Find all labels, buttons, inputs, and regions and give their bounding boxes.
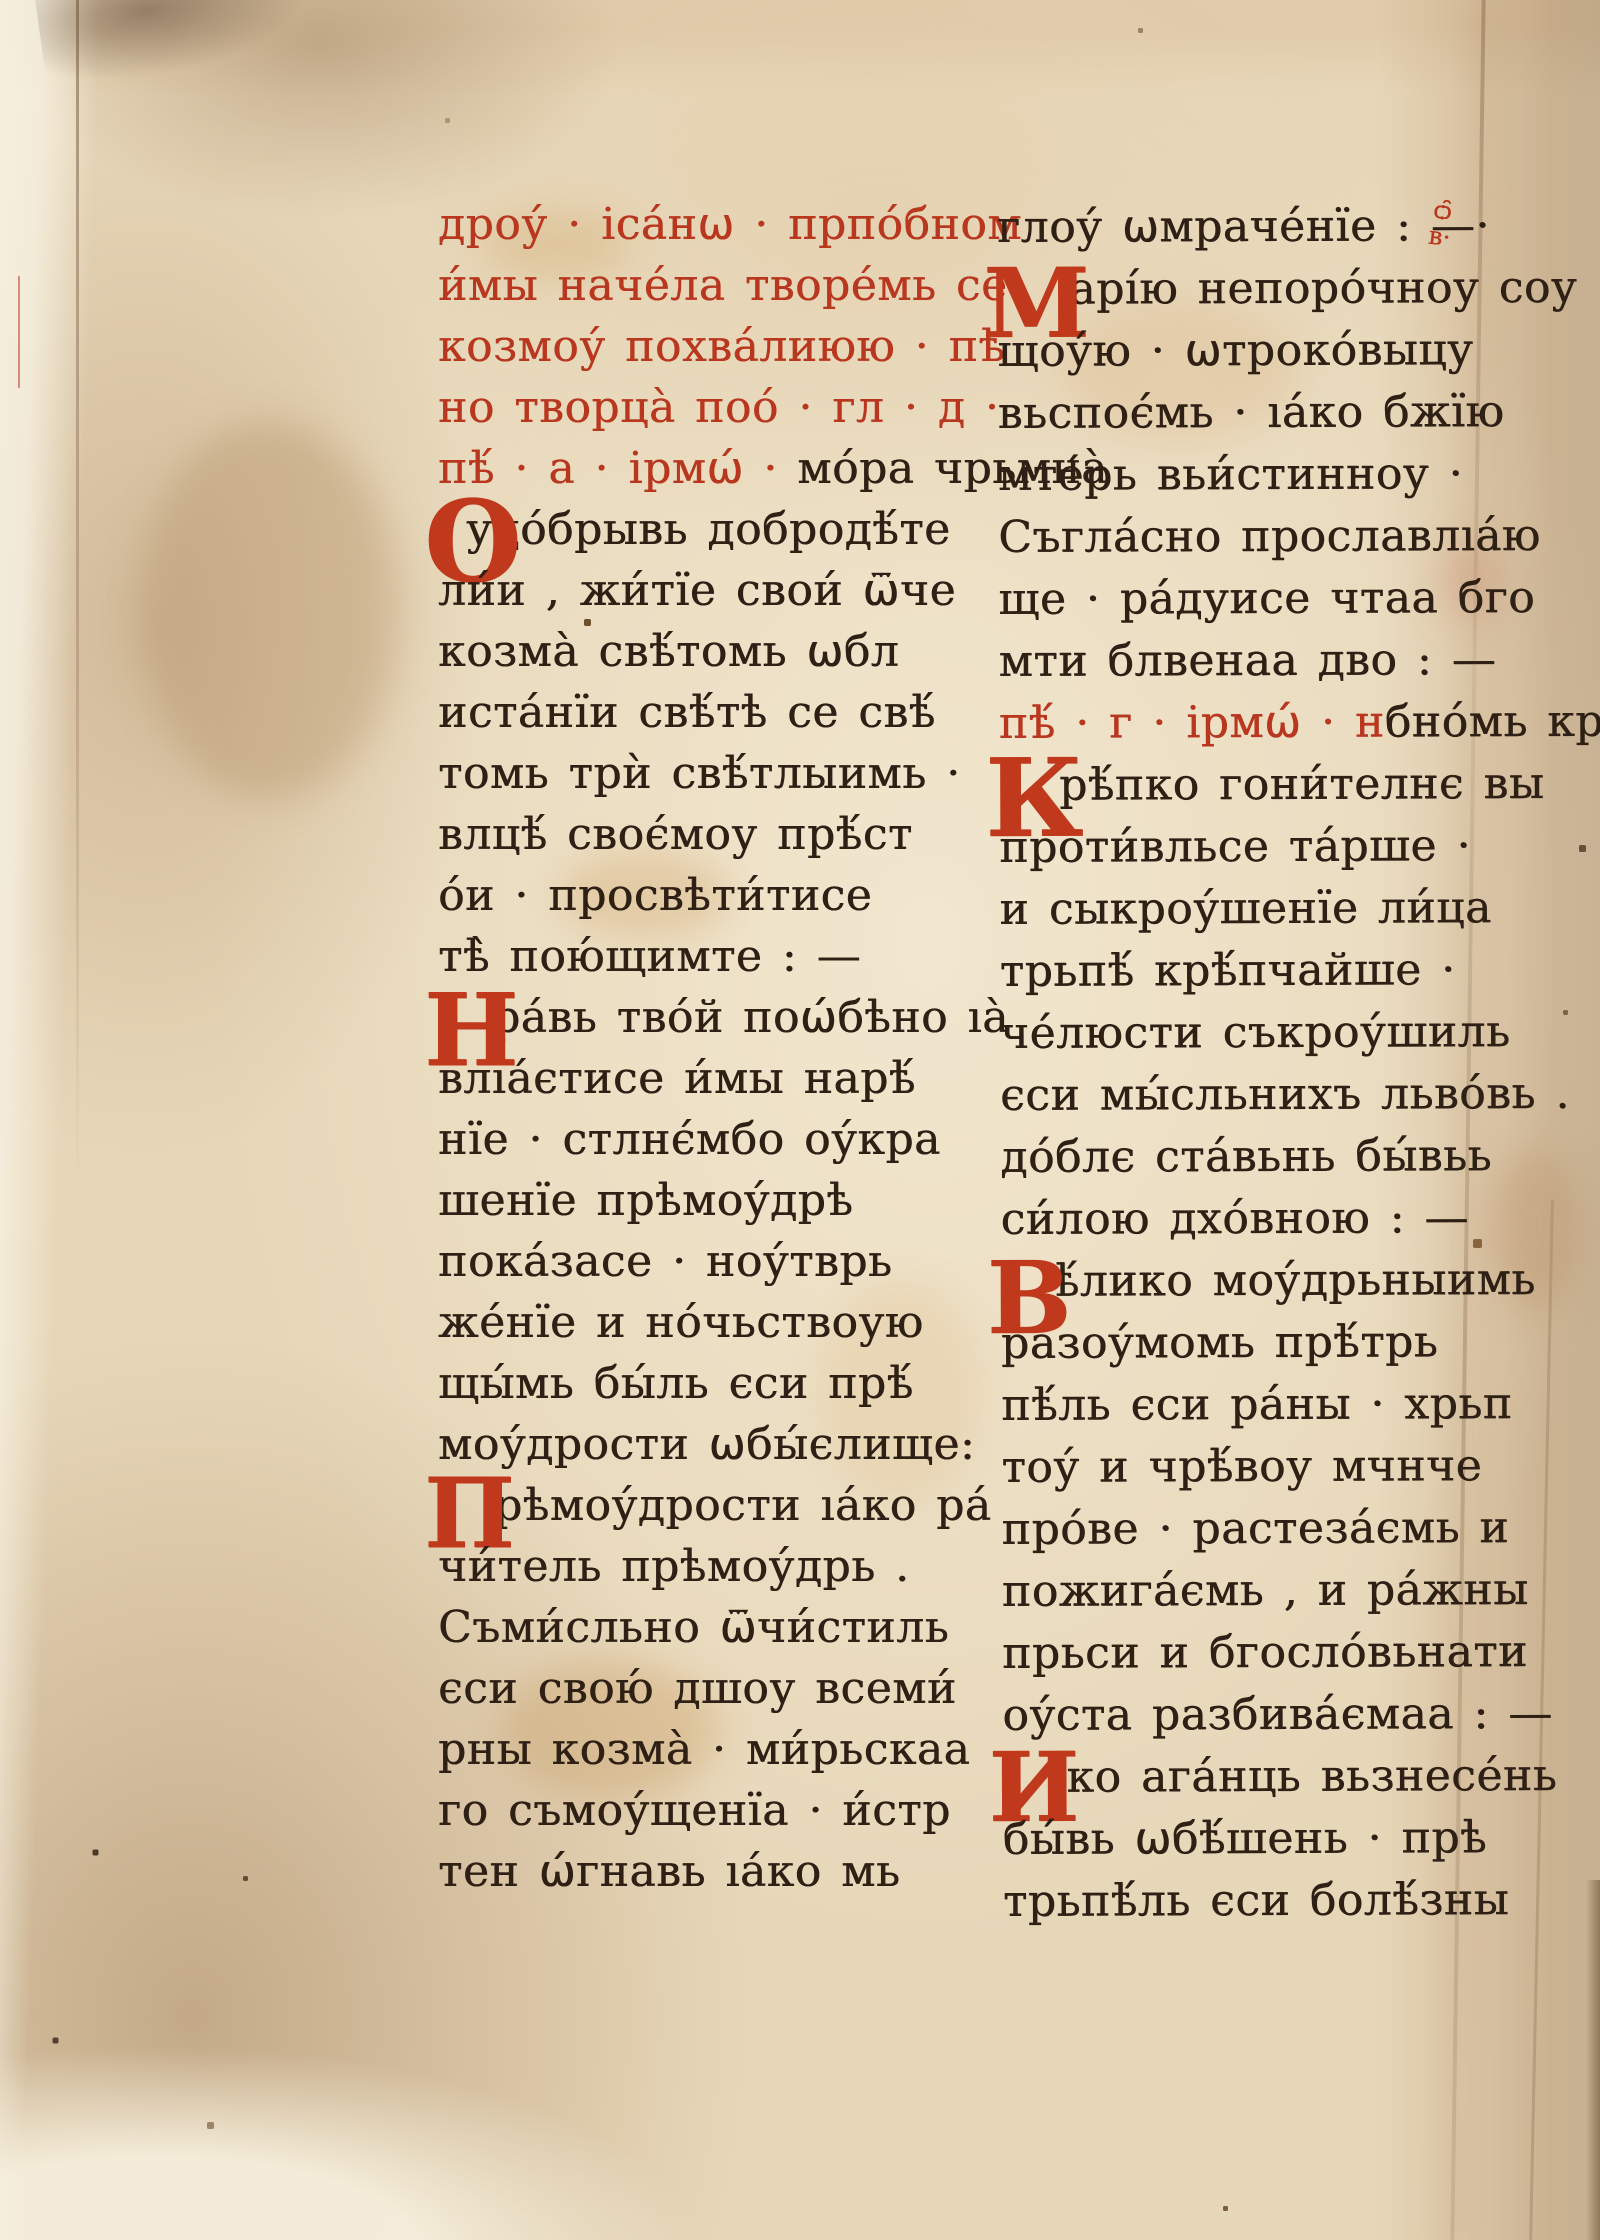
text-line: трьпѣ́ль єси болѣ́зны <box>1003 1869 1488 1933</box>
text-line: козмоу́ похва́лиюю · пѣ <box>438 316 943 377</box>
text-line: тоу́ и чрѣ́воу мчнче <box>1001 1435 1486 1499</box>
left-edge-crease <box>76 0 79 1200</box>
right-edge-shadow <box>1586 1880 1600 2240</box>
ink-text: до́блє ста́вьнь бы́вьь <box>1000 1130 1492 1183</box>
text-line: мте́рь вьи́стинноу · <box>998 443 1483 507</box>
ink-text: глоу́ ѡмраче́нїе : —· <box>997 200 1490 253</box>
ink-text: ко ага́нць вьзнесе́нь <box>1066 1750 1557 1803</box>
ink-text: єси свою́ дшоу всеми́ <box>438 1663 957 1714</box>
text-line: Оудо́брывь добродѣ́те <box>438 499 943 560</box>
ink-text: ѣ́лико моу́дрьныимь <box>1053 1254 1536 1307</box>
rubric-text: дроу́ · іса́нѡ · прпо́бном <box>438 199 1022 250</box>
ink-text: трьпѣ́ крѣ́пчайше · <box>1000 944 1456 997</box>
ink-text: вьспоє́мь · ıа́ко бжїю <box>998 386 1505 439</box>
red-edge-mark <box>18 276 20 388</box>
ink-text: ра́вь тво́й поѡ́бѣно ıа̀ <box>492 992 1009 1043</box>
ink-text: козма̀ свѣ́томь ѡбл <box>438 626 899 677</box>
ink-text: рны козма̀ · ми́рьскаа <box>438 1724 970 1775</box>
text-line: томь трѝ свѣ́тлыимь · <box>438 743 943 804</box>
text-line: дроу́ · іса́нѡ · прпо́бном <box>438 194 943 255</box>
ink-text: нїе · стлнє́мбо оу́кра <box>438 1114 941 1165</box>
text-line: мти блвенаа дво : — <box>998 629 1483 693</box>
ink-text: оу́ста разбива́ємаа : — <box>1002 1688 1553 1741</box>
ink-text: влцѣ́ своє́моу прѣ́ст <box>438 809 913 860</box>
text-line: трьпѣ́ крѣ́пчайше · <box>1000 939 1485 1003</box>
text-line: до́блє ста́вьнь бы́вьь <box>1000 1125 1485 1189</box>
text-line: Крѣ́пко гони́телнє вы <box>999 753 1484 817</box>
text-line: же́нїе и но́чьствоую <box>438 1292 943 1353</box>
text-line: проти́вльсе та́рше · <box>999 815 1484 879</box>
ink-text: мте́рь вьи́стинноу · <box>998 448 1463 501</box>
margin-annotation-bottom: в· <box>1427 223 1452 251</box>
text-line: пожига́ємь , и ра́жны <box>1002 1559 1487 1623</box>
ink-text: трьпѣ́ль єси болѣ́зны <box>1003 1874 1509 1927</box>
ink-text: пѣ́ль єси ра́ны · хрьп <box>1001 1378 1513 1431</box>
text-line: єси свою́ дшоу всеми́ <box>438 1658 943 1719</box>
text-line: си́лою дхо́вною : — <box>1000 1187 1485 1251</box>
text-line: щоу́ю · ѡтроко́выцу <box>997 319 1482 383</box>
text-line: тен ѡ́гнавь ıа́ко мь <box>438 1841 943 1902</box>
text-line: но творца̀ поо́ · гл · д · <box>438 377 943 438</box>
text-line: чи́тель прѣмоу́дрь . <box>438 1536 943 1597</box>
ink-text: томь трѝ свѣ́тлыимь · <box>438 748 961 799</box>
text-line: вьспоє́мь · ıа́ко бжїю <box>998 381 1483 445</box>
ink-text: моу́дрости ѡбы́єлище: <box>438 1419 975 1470</box>
ink-text: чи́тель прѣмоу́дрь . <box>438 1541 910 1592</box>
text-line: ли́и , жи́тїе свои́ ѿче <box>438 560 943 621</box>
manuscript-photo: дроу́ · іса́нѡ · прпо́бноми́мы наче́ла т… <box>0 0 1600 2240</box>
text-line: щы́мь бы́ль єси прѣ́ <box>438 1353 943 1414</box>
text-line: Прѣмоу́дрости ıа́ко ра́ <box>438 1475 943 1536</box>
paper-specks <box>0 0 1 1</box>
rubric-text: и́мы наче́ла творе́мь се <box>438 260 1008 311</box>
ink-text: удо́брывь добродѣ́те <box>466 504 951 555</box>
ink-text: си́лою дхо́вною : — <box>1000 1192 1468 1245</box>
ink-text: проти́вльсе та́рше · <box>999 820 1471 873</box>
text-line: козма̀ свѣ́томь ѡбл <box>438 621 943 682</box>
ink-text: єси мы́сльнихъ льво́вь . <box>1000 1068 1570 1121</box>
ink-text: Съгла́сно прославлıа́ю <box>998 510 1541 563</box>
text-line: влıа́єтисе и́мы нарѣ́ <box>438 1048 943 1109</box>
ink-text: ще · ра́дуисе чтаа бго <box>998 572 1535 625</box>
text-line: пока́засе · ноу́тврь <box>438 1231 943 1292</box>
text-column-left: дроу́ · іса́нѡ · прпо́бноми́мы наче́ла т… <box>438 194 943 1902</box>
ink-text: рѣмоу́дрости ıа́ко ра́ <box>494 1480 992 1531</box>
text-line: о́и · просвѣти́тисе <box>438 865 943 926</box>
text-line: нїе · стлнє́мбо оу́кра <box>438 1109 943 1170</box>
rubric-text: козмоу́ похва́лиюю · пѣ <box>438 321 1005 372</box>
text-line: че́люсти съкроу́шиль <box>1000 1001 1485 1065</box>
text-line: Марі́ю непоро́чноу соу <box>997 257 1482 321</box>
ink-text: рѣ́пко гони́телнє вы <box>1059 758 1544 811</box>
ink-text: и сыкроу́шенїе ли́ца <box>999 882 1491 935</box>
text-line: рны козма̀ · ми́рьскаа <box>438 1719 943 1780</box>
ink-text: бно́мь кроу́ : — <box>1385 695 1600 747</box>
text-line: прьси и бгосло́вьнати <box>1002 1621 1487 1685</box>
text-line: шенїе прѣмоу́дрѣ <box>438 1170 943 1231</box>
ink-text: прьси и бгосло́вьнати <box>1002 1626 1528 1679</box>
text-line: иста́нїи свѣ́тѣ се свѣ́ <box>438 682 943 743</box>
ink-text: о́и · просвѣти́тисе <box>438 870 872 921</box>
text-column-right: глоу́ ѡмраче́нїе : —·Марі́ю непоро́чноу … <box>997 195 1488 1933</box>
text-line: Нра́вь тво́й поѡ́бѣно ıа̀ <box>438 987 943 1048</box>
ink-text: же́нїе и но́чьствоую <box>438 1297 924 1348</box>
ink-text: тоу́ и чрѣ́воу мчнче <box>1001 1440 1482 1493</box>
text-line: ще · ра́дуисе чтаа бго <box>998 567 1483 631</box>
stain <box>140 420 400 800</box>
text-line: Съми́сльно ѿчи́стиль <box>438 1597 943 1658</box>
ink-text: иста́нїи свѣ́тѣ се свѣ́ <box>438 687 936 738</box>
ink-text: шенїе прѣмоу́дрѣ <box>438 1175 853 1226</box>
rubric-text: но творца̀ поо́ · гл · д · <box>438 382 999 433</box>
ink-text: че́люсти съкроу́шиль <box>1000 1006 1511 1059</box>
text-line: Вѣ́лико моу́дрьныимь <box>1001 1249 1486 1313</box>
ink-text: про́ве · растеза́ємь и <box>1002 1502 1510 1555</box>
ink-text: пожига́ємь , и ра́жны <box>1002 1564 1529 1617</box>
text-line: влцѣ́ своє́моу прѣ́ст <box>438 804 943 865</box>
ink-text: пока́засе · ноу́тврь <box>438 1236 892 1287</box>
ink-text: ли́и , жи́тїе свои́ ѿче <box>438 565 956 616</box>
text-line: и́мы наче́ла творе́мь се <box>438 255 943 316</box>
ink-text: арі́ю непоро́чноу соу <box>1069 262 1577 315</box>
text-line: про́ве · растеза́ємь и <box>1002 1497 1487 1561</box>
ink-text: щы́мь бы́ль єси прѣ́ <box>438 1358 914 1409</box>
text-line: Ико ага́нць вьзнесе́нь <box>1002 1745 1487 1809</box>
ink-text: влıа́єтисе и́мы нарѣ́ <box>438 1053 916 1104</box>
text-line: пѣ́ль єси ра́ны · хрьп <box>1001 1373 1486 1437</box>
text-line: єси мы́сльнихъ льво́вь . <box>1000 1063 1485 1127</box>
ink-text: разоу́момь прѣ́трь <box>1001 1316 1438 1369</box>
text-line: го съмоу́щенїа · и́стр <box>438 1780 943 1841</box>
ink-text: щоу́ю · ѡтроко́выцу <box>997 324 1473 377</box>
text-line: и сыкроу́шенїе ли́ца <box>999 877 1484 941</box>
ink-text: Съми́сльно ѿчи́стиль <box>438 1602 949 1653</box>
text-line: Съгла́сно прославлıа́ю <box>998 505 1483 569</box>
text-line: бы́вь ѡбѣ́шень · прѣ <box>1003 1807 1488 1871</box>
ink-text: го съмоу́щенїа · и́стр <box>438 1785 951 1836</box>
ink-text: бы́вь ѡбѣ́шень · прѣ <box>1003 1812 1487 1865</box>
text-line: разоу́момь прѣ́трь <box>1001 1311 1486 1375</box>
ink-text: мти блвенаа дво : — <box>999 634 1497 687</box>
ink-text: тен ѡ́гнавь ıа́ко мь <box>438 1846 900 1897</box>
